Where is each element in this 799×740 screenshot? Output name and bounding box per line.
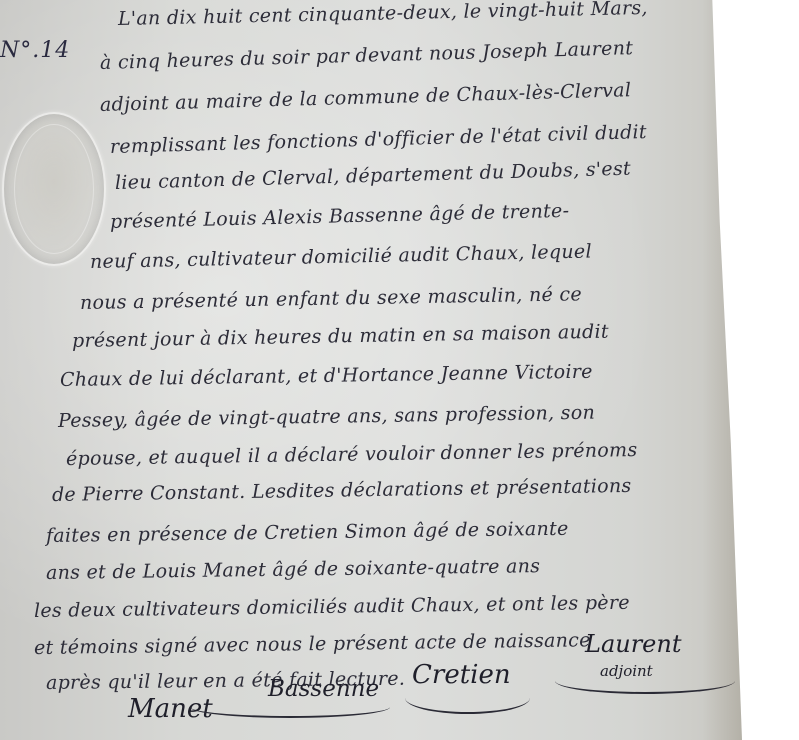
text-line-14: faites en présence de Cretien Simon âgé … [46, 518, 569, 547]
text-line-1: L'an dix huit cent cinquante-deux, le vi… [118, 0, 648, 30]
text-line-4: remplissant les fonctions d'officier de … [110, 121, 647, 158]
margin-record-number: N°.14 [0, 38, 70, 63]
text-line-3: adjoint au maire de la commune de Chaux-… [100, 79, 632, 116]
witness-1-flourish [405, 682, 530, 714]
text-line-8: nous a présenté un enfant du sexe mascul… [80, 283, 582, 314]
seal-ring [14, 124, 94, 254]
text-line-15: ans et de Louis Manet âgé de soixante-qu… [46, 555, 541, 584]
text-line-16: les deux cultivateurs domiciliés audit C… [34, 592, 630, 622]
text-line-13: de Pierre Constant. Lesdites déclaration… [52, 475, 632, 506]
text-line-17: et témoins signé avec nous le présent ac… [34, 629, 591, 659]
text-line-9: présent jour à dix heures du matin en sa… [72, 321, 609, 352]
text-line-7: neuf ans, cultivateur domicilié audit Ch… [90, 240, 592, 273]
adjoint-flourish [555, 668, 735, 694]
text-line-6: présenté Louis Alexis Bassenne âgé de tr… [110, 200, 570, 233]
text-line-2: à cinq heures du soir par devant nous Jo… [100, 37, 634, 74]
text-line-10: Chaux de lui déclarant, et d'Hortance Je… [60, 361, 593, 391]
text-line-12: épouse, et auquel il a déclaré vouloir d… [66, 439, 638, 470]
embossed-seal [2, 112, 106, 266]
signature-adjoint: Laurent [585, 630, 681, 658]
father-flourish [190, 696, 390, 718]
text-line-11: Pessey, âgée de vingt-quatre ans, sans p… [58, 402, 595, 432]
text-line-5: lieu canton de Clerval, département du D… [115, 158, 632, 194]
document-page: N°.14 L'an dix huit cent cinquante-deux,… [0, 0, 742, 740]
